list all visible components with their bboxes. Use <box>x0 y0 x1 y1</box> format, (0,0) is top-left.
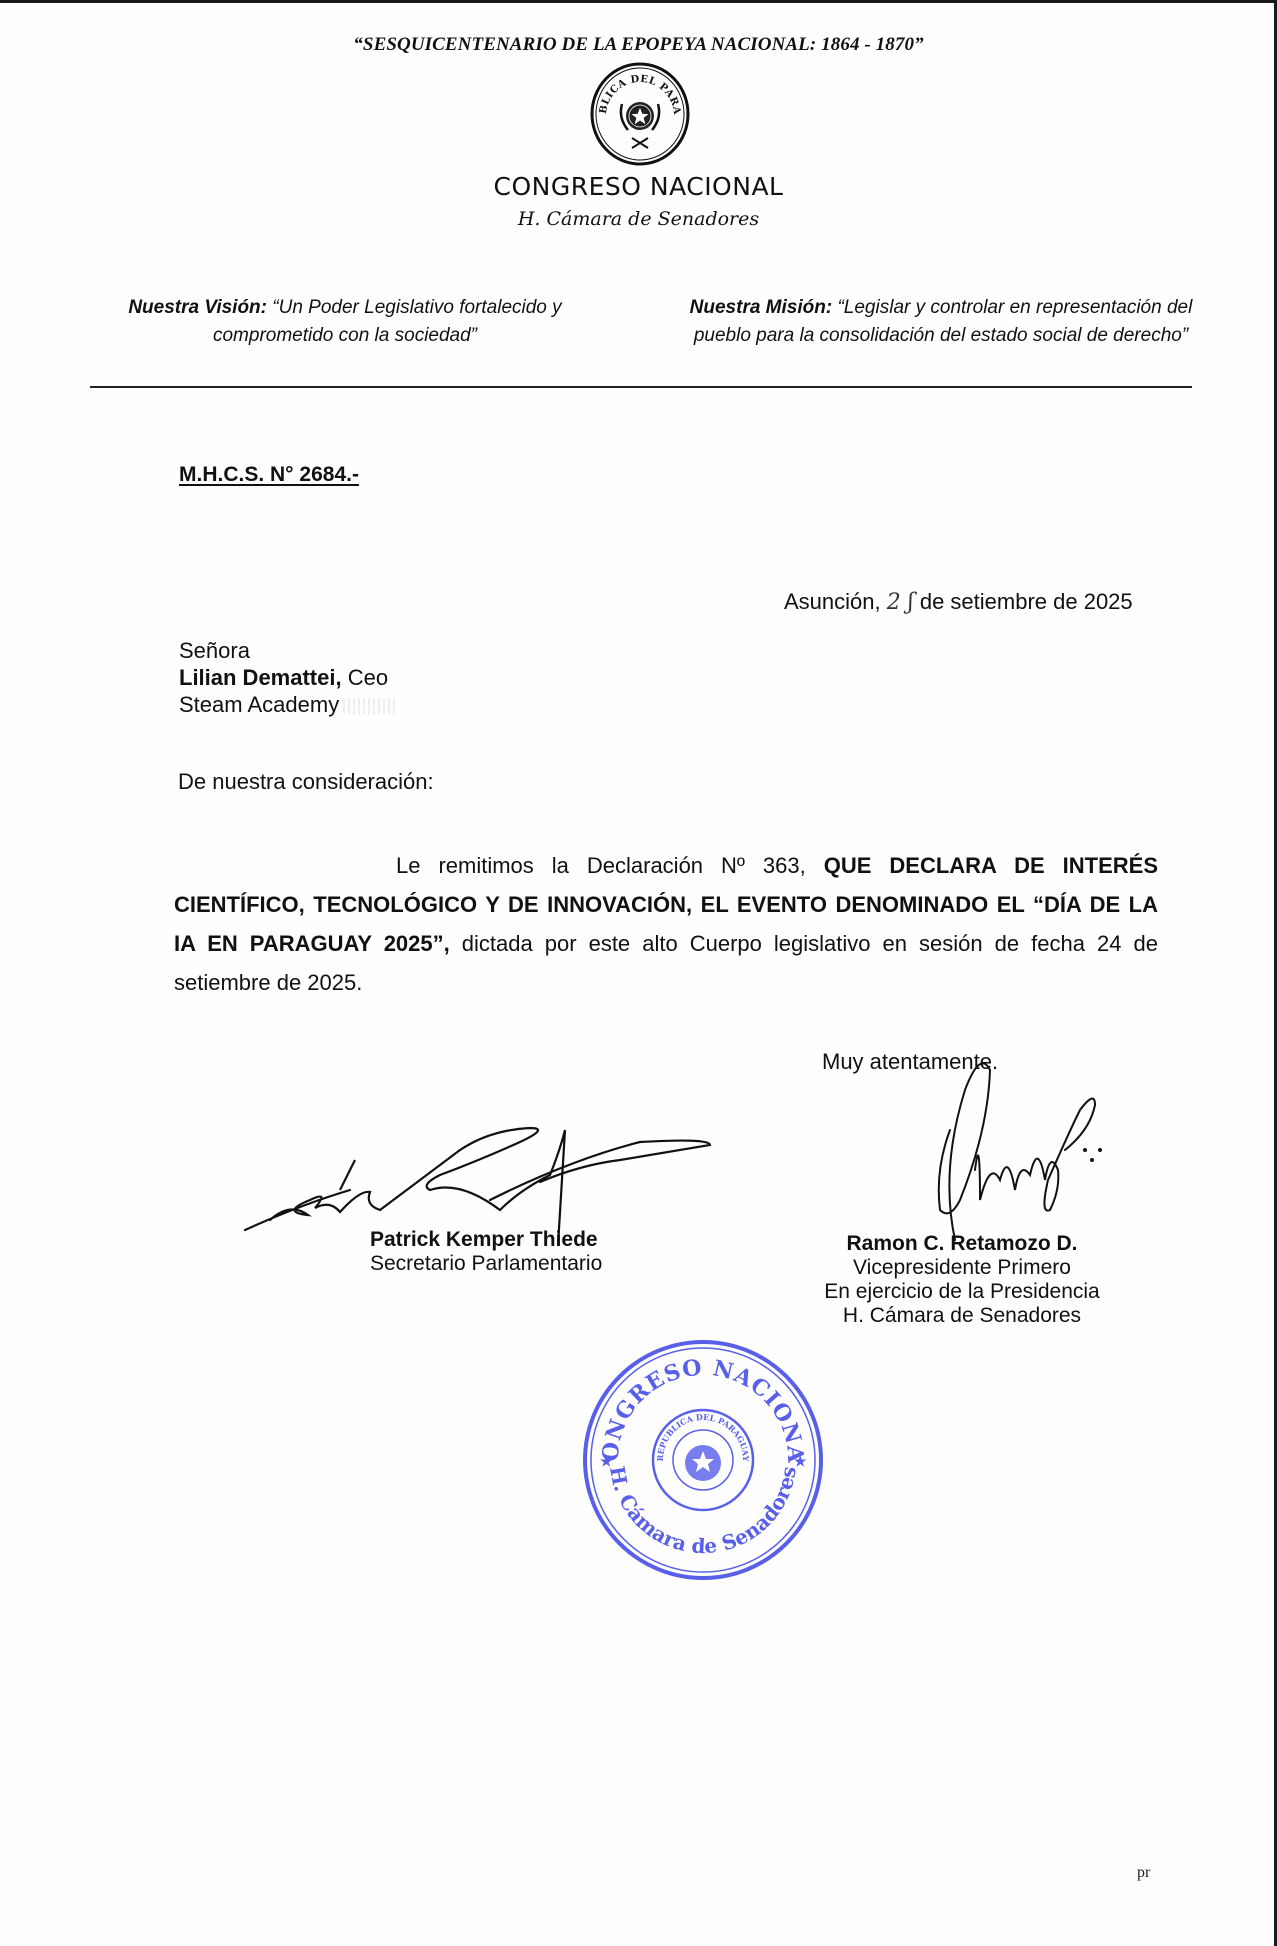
recipient-name-line: Lilian Demattei, Ceo <box>179 664 398 691</box>
signatory-2-name: Ramon C. Retamozo D. <box>812 1232 1112 1256</box>
letter-date: Asunción, 2 ʃ de setiembre de 2025 <box>784 589 1133 615</box>
letter-body: Le remitimos la Declaración Nº 363, QUE … <box>174 846 1158 1002</box>
mission-label: Nuestra Misión: <box>690 297 833 318</box>
coat-of-arms-icon: REPUBLICA DEL PARAGUAY <box>588 62 692 166</box>
signature-ramon-retamozo <box>880 1050 1120 1250</box>
signatory-1-role: Secretario Parlamentario <box>370 1252 602 1276</box>
svg-text:★: ★ <box>600 1454 613 1470</box>
signatory-1-name: Patrick Kemper Thiede <box>370 1228 602 1252</box>
letterhead-motto: “SESQUICENTENARIO DE LA EPOPEYA NACIONAL… <box>0 34 1277 56</box>
vision-statement: Nuestra Visión: “Un Poder Legislativo fo… <box>100 294 590 350</box>
signatory-1: Patrick Kemper Thiede Secretario Parlame… <box>370 1228 602 1276</box>
date-day-handwritten: 2 ʃ <box>887 590 914 615</box>
header-divider <box>90 386 1192 388</box>
chamber-name: H. Cámara de Senadores <box>0 208 1277 230</box>
scan-border-top <box>0 0 1277 3</box>
date-prefix: Asunción, <box>784 589 881 614</box>
vision-label: Nuestra Visión: <box>128 297 267 318</box>
recipient-block: Señora Lilian Demattei, Ceo Steam Academ… <box>179 637 398 718</box>
body-intro: Le remitimos la Declaración Nº 363, <box>396 853 824 878</box>
signatory-2-role-3: H. Cámara de Senadores <box>812 1304 1112 1328</box>
recipient-title: Ceo <box>342 665 388 690</box>
official-stamp-icon: CONGRESO NACIONAL H. Cámara de Senadores… <box>578 1335 828 1585</box>
recipient-name: Lilian Demattei, <box>179 665 342 690</box>
date-suffix: de setiembre de 2025 <box>920 589 1133 614</box>
recipient-organization: Steam Academy <box>179 692 339 717</box>
organization-name: CONGRESO NACIONAL <box>0 172 1277 201</box>
recipient-org-line: Steam Academy <box>179 691 398 718</box>
reference-number: M.H.C.S. N° 2684.- <box>179 463 359 487</box>
signatory-2: Ramon C. Retamozo D. Vicepresidente Prim… <box>812 1232 1112 1328</box>
greeting: De nuestra consideración: <box>178 769 434 795</box>
recipient-salutation: Señora <box>179 637 398 664</box>
svg-text:CONGRESO NACIONAL: CONGRESO NACIONAL <box>578 1335 808 1464</box>
scan-smudge <box>343 698 398 714</box>
svg-text:★: ★ <box>794 1454 807 1470</box>
signatory-2-role: Vicepresidente Primero <box>812 1256 1112 1280</box>
signatory-2-role-2: En ejercicio de la Presidencia <box>812 1280 1112 1304</box>
typist-initials: pr <box>1137 1864 1150 1882</box>
mission-statement: Nuestra Misión: “Legislar y controlar en… <box>676 294 1206 350</box>
